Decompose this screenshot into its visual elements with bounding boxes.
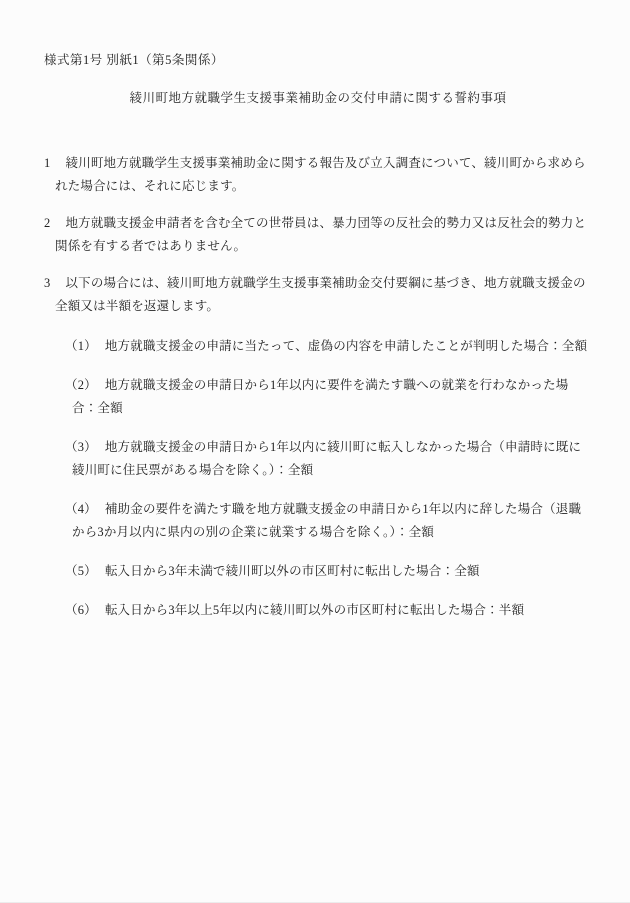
document-page: 様式第1号 別紙1（第5条関係） 綾川町地方就職学生支援事業補助金の交付申請に関… <box>0 0 630 903</box>
sub-item-text: 転入日から3年以上5年以内に綾川町以外の市区町村に転出した場合：半額 <box>105 603 524 617</box>
item-number: 2 <box>44 216 50 230</box>
sub-item-number: （6） <box>65 603 97 617</box>
sub-item-text: 転入日から3年未満で綾川町以外の市区町村に転出した場合：全額 <box>105 564 480 578</box>
pledge-item-3: 3以下の場合には、綾川町地方就職学生支援事業補助金交付要綱に基づき、地方就職支援… <box>44 272 592 318</box>
document-title: 綾川町地方就職学生支援事業補助金の交付申請に関する誓約事項 <box>44 90 592 107</box>
form-label: 様式第1号 別紙1（第5条関係） <box>44 52 592 69</box>
item-text: 綾川町地方就職学生支援事業補助金に関する報告及び立入調査について、綾川町から求め… <box>55 156 586 193</box>
pledge-items: 1綾川町地方就職学生支援事業補助金に関する報告及び立入調査について、綾川町から求… <box>44 152 592 622</box>
repayment-case-5: （5）転入日から3年未満で綾川町以外の市区町村に転出した場合：全額 <box>65 560 592 583</box>
repayment-case-4: （4）補助金の要件を満たす職を地方就職支援金の申請日から1年以内に辞した場合（退… <box>65 498 592 544</box>
item-number: 1 <box>44 156 50 170</box>
pledge-item-2: 2地方就職支援金申請者を含む全ての世帯員は、暴力団等の反社会的勢力又は反社会的勢… <box>44 212 592 258</box>
repayment-case-1: （1）地方就職支援金の申請に当たって、虚偽の内容を申請したことが判明した場合：全… <box>65 335 592 358</box>
repayment-case-list: （1）地方就職支援金の申請に当たって、虚偽の内容を申請したことが判明した場合：全… <box>65 335 592 622</box>
sub-item-number: （3） <box>65 440 97 454</box>
sub-item-text: 地方就職支援金の申請に当たって、虚偽の内容を申請したことが判明した場合：全額 <box>105 339 587 353</box>
item-text: 地方就職支援金申請者を含む全ての世帯員は、暴力団等の反社会的勢力又は反社会的勢力… <box>55 216 586 253</box>
pledge-item-1: 1綾川町地方就職学生支援事業補助金に関する報告及び立入調査について、綾川町から求… <box>44 152 592 198</box>
repayment-case-2: （2）地方就職支援金の申請日から1年以内に要件を満たす職への就業を行わなかった場… <box>65 374 592 420</box>
sub-item-number: （5） <box>65 564 97 578</box>
sub-item-text: 補助金の要件を満たす職を地方就職支援金の申請日から1年以内に辞した場合（退職から… <box>72 502 581 539</box>
sub-item-number: （2） <box>65 378 97 392</box>
sub-item-text: 地方就職支援金の申請日から1年以内に綾川町に転入しなかった場合（申請時に既に綾川… <box>72 440 581 477</box>
sub-item-number: （1） <box>65 339 97 353</box>
repayment-case-6: （6）転入日から3年以上5年以内に綾川町以外の市区町村に転出した場合：半額 <box>65 599 592 622</box>
sub-item-number: （4） <box>65 502 97 516</box>
sub-item-text: 地方就職支援金の申請日から1年以内に要件を満たす職への就業を行わなかった場合：全… <box>72 378 569 415</box>
item-number: 3 <box>44 276 50 290</box>
item-text: 以下の場合には、綾川町地方就職学生支援事業補助金交付要綱に基づき、地方就職支援金… <box>55 276 586 313</box>
repayment-case-3: （3）地方就職支援金の申請日から1年以内に綾川町に転入しなかった場合（申請時に既… <box>65 436 592 482</box>
